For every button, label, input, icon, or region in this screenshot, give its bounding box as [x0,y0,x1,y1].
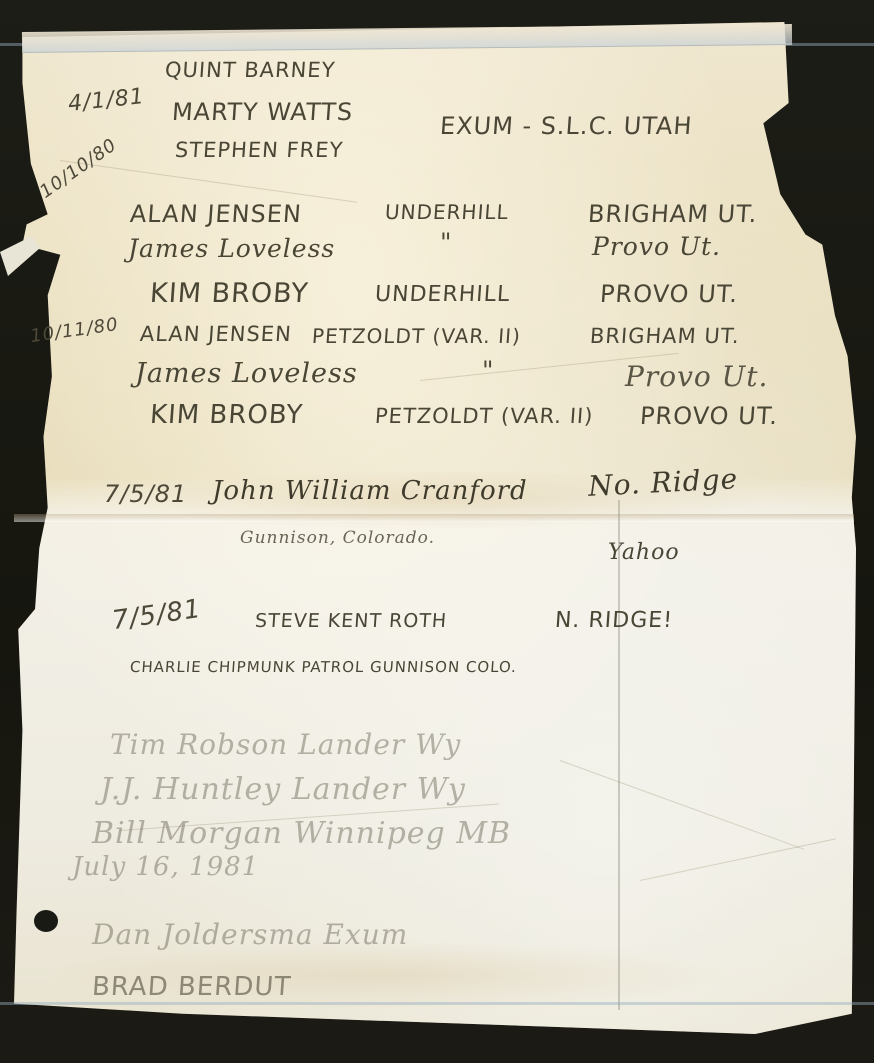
entry-4-name: John William Cranford [212,476,528,506]
entry-4-date: 7/5/81 [104,480,187,508]
faded-line-3: Bill Morgan Winnipeg MB [92,816,511,851]
faded-line-2: J.J. Huntley Lander Wy [100,772,466,807]
paper-hole [34,910,58,932]
faded-line-1: Tim Robson Lander Wy [110,728,461,761]
entry-5-name: STEVE KENT ROTH [254,610,448,632]
entry-3-row-2-name: James Loveless [135,358,358,389]
vertical-fold [618,500,620,1010]
entry-1-line-2-route: EXUM - S.L.C. UTAH [439,112,693,140]
entry-3-row-3-route: PETZOLDT (VAR. II) [374,404,594,428]
faded-line-4: July 16, 1981 [72,852,259,882]
entry-1-line-3: STEPHEN FREY [174,138,344,162]
entry-3-row-1-route: PETZOLDT (VAR. II) [311,324,522,348]
entry-2-row-2-name: James Loveless [128,234,335,263]
entry-3-row-2-origin: Provo Ut. [625,360,768,393]
entry-5-line-2: CHARLIE CHIPMUNK PATROL GUNNISON COLO. [129,658,517,676]
faded-line-5: Dan Joldersma Exum [92,918,408,951]
entry-2-row-3-route: UNDERHILL [374,282,511,307]
horizontal-fold [14,514,854,522]
entry-2-row-2-route: " [440,228,453,257]
entry-5-route: N. RIDGE! [554,608,674,633]
entry-1-line-2-name: MARTY WATTS [171,98,354,126]
entry-2-row-2-origin: Provo Ut. [592,232,721,261]
register-paper [14,22,856,1034]
frame-glass-edge-bottom [0,1002,874,1005]
entry-3-row-3-name: KIM BROBY [149,400,304,430]
entry-3-row-1-origin: BRIGHAM UT. [589,324,740,348]
entry-2-row-1-name: ALAN JENSEN [129,200,303,228]
entry-1-line-1: QUINT BARNEY [164,58,336,82]
entry-4-note: Yahoo [608,540,680,565]
entry-3-row-3-origin: PROVO UT. [639,402,779,430]
entry-2-row-1-route: UNDERHILL [384,200,509,224]
entry-2-row-3-origin: PROVO UT. [599,280,739,308]
entry-3-row-1-name: ALAN JENSEN [139,322,292,346]
entry-2-row-3-name: KIM BROBY [149,278,310,309]
entry-4-origin: Gunnison, Colorado. [240,528,435,548]
faded-line-6: BRAD BERDUT [91,972,292,1002]
entry-3-row-2-route: " [482,356,495,385]
entry-2-row-1-origin: BRIGHAM UT. [587,200,759,228]
